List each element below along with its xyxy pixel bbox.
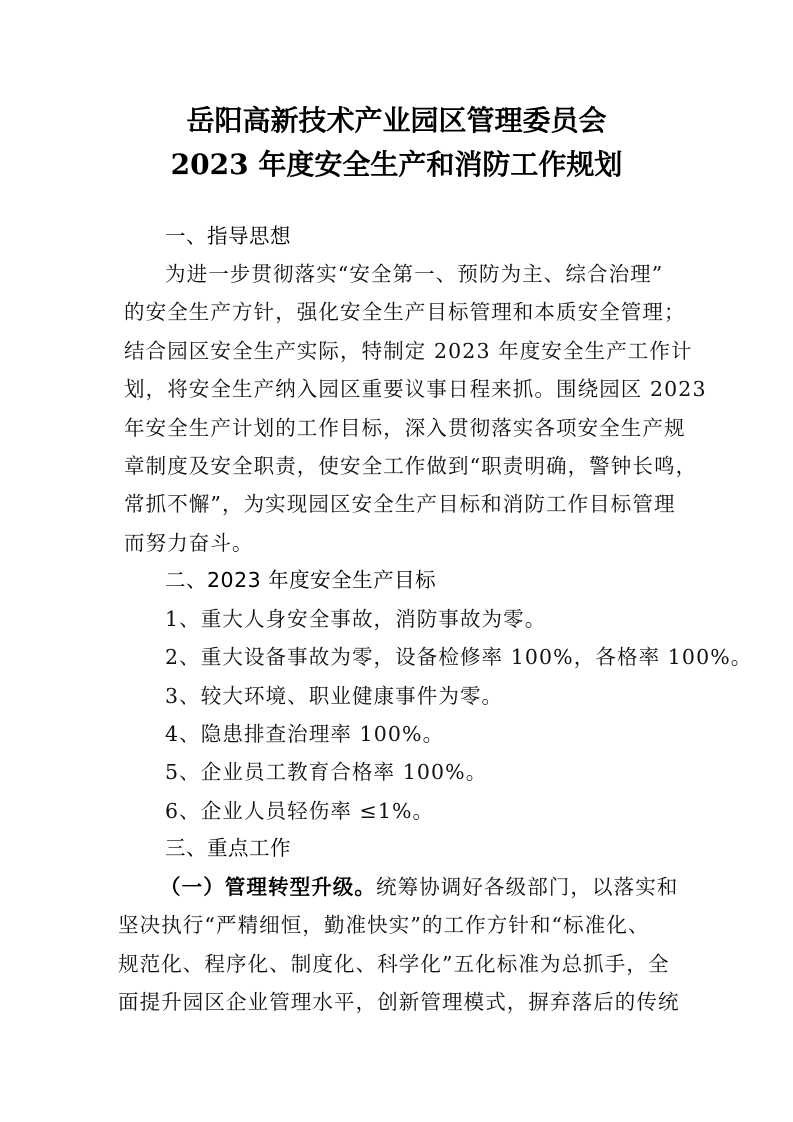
section-heading-safety-goals: 二、2023 年度安全生产目标 [165, 565, 725, 595]
paragraph-line: 划，将安全生产纳入园区重要议事日程来抓。围绕园区 2023 [124, 374, 684, 404]
goal-item: 3、较大环境、职业健康事件为零。 [165, 681, 725, 711]
subsection-first-line-rest: 统筹协调好各级部门，以落实和 [376, 875, 678, 899]
goal-item: 1、重大人身安全事故，消防事故为零。 [165, 604, 725, 634]
subsection-lead-management-upgrade: （一）管理转型升级。 [160, 875, 376, 899]
section-heading-guiding-ideology: 一、指导思想 [165, 221, 725, 251]
paragraph-line: 的安全生产方针，强化安全生产目标管理和本质安全管理； [124, 297, 684, 327]
goal-item: 5、企业员工教育合格率 100%。 [165, 757, 725, 787]
paragraph-line: 结合园区安全生产实际，特制定 2023 年度安全生产工作计 [124, 336, 684, 366]
paragraph-line: 为进一步贯彻落实“安全第一、预防为主、综合治理” [165, 259, 725, 289]
paragraph-line: 章制度及安全职责，使安全工作做到“职责明确，警钟长鸣， [124, 451, 684, 481]
goal-item: 6、企业人员轻伤率 ≤1%。 [165, 796, 725, 826]
document-page: 岳阳高新技术产业园区管理委员会 2023 年度安全生产和消防工作规划 一、指导思… [0, 0, 793, 1122]
paragraph-line: 常抓不懈”，为实现园区安全生产目标和消防工作目标管理 [124, 489, 684, 519]
subsection-first-line: （一）管理转型升级。统筹协调好各级部门，以落实和 [160, 872, 720, 902]
paragraph-line: 坚决执行“严精细恒，勤准快实”的工作方针和“标准化、 [118, 910, 678, 940]
goal-item: 4、隐患排查治理率 100%。 [165, 719, 725, 749]
paragraph-line: 面提升园区企业管理水平，创新管理模式，摒弃落后的传统 [118, 987, 678, 1017]
paragraph-line: 年安全生产计划的工作目标，深入贯彻落实各项安全生产规 [124, 413, 684, 443]
document-title-line-1: 岳阳高新技术产业园区管理委员会 [0, 101, 793, 141]
document-title-line-2: 2023 年度安全生产和消防工作规划 [0, 145, 793, 185]
paragraph-line: 而努力奋斗。 [124, 528, 684, 558]
paragraph-line: 规范化、程序化、制度化、科学化”五化标准为总抓手，全 [118, 949, 678, 979]
section-heading-key-work: 三、重点工作 [165, 833, 725, 863]
goal-item: 2、重大设备事故为零，设备检修率 100%，各格率 100%。 [165, 642, 725, 672]
